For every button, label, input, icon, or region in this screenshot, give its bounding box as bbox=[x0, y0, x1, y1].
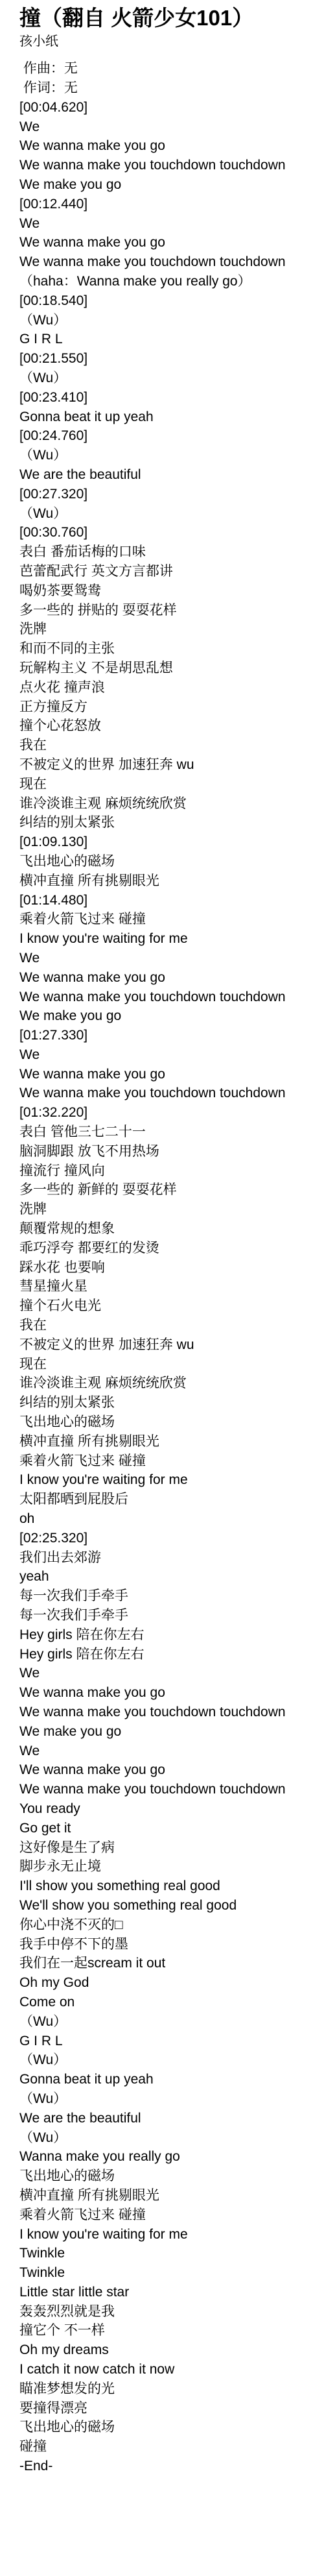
lyric-line: [00:18.540] bbox=[19, 291, 311, 311]
lyric-line: 彗星撞火星 bbox=[19, 1277, 311, 1296]
lyric-line: Twinkle bbox=[19, 2263, 311, 2283]
lyric-line: （Wu） bbox=[19, 504, 311, 524]
lyric-line: 不被定义的世界 加速狂奔 wu bbox=[19, 1335, 311, 1355]
lyric-line: yeah bbox=[19, 1567, 311, 1586]
lyric-line: 谁冷淡谁主观 麻烦统统欣赏 bbox=[19, 794, 311, 814]
lyric-line: We wanna make you touchdown touchdown bbox=[19, 156, 311, 175]
lyric-line: （haha：Wanna make you really go） bbox=[19, 272, 311, 291]
lyric-line: We bbox=[19, 1742, 311, 1761]
lyric-line: 撞流行 撞风向 bbox=[19, 1161, 311, 1181]
lyric-line: [00:23.410] bbox=[19, 388, 311, 407]
lyric-line: （Wu） bbox=[19, 446, 311, 465]
lyric-line: We wanna make you touchdown touchdown bbox=[19, 252, 311, 272]
lyric-line: 每一次我们手牵手 bbox=[19, 1606, 311, 1625]
lyric-line: 你心中浇不灭的□ bbox=[19, 1915, 311, 1935]
lyric-line: 纠结的别太紧张 bbox=[19, 1393, 311, 1413]
lyric-line: 和而不同的主张 bbox=[19, 639, 311, 659]
lyric-line: 飞出地心的磁场 bbox=[19, 2418, 311, 2437]
lyric-line: 点火花 撞声浪 bbox=[19, 678, 311, 698]
lyric-line: We'll show you something real good bbox=[19, 1896, 311, 1915]
lyric-line: 撞它个 不一样 bbox=[19, 2321, 311, 2340]
lyric-line: 我手中停不下的墨 bbox=[19, 1935, 311, 1954]
lyric-line: 芭蕾配武行 英文方言都讲 bbox=[19, 562, 311, 581]
lyric-line: 脚步永无止境 bbox=[19, 1857, 311, 1877]
lyric-line: 不被定义的世界 加速狂奔 wu bbox=[19, 755, 311, 775]
lyric-line: 碰撞 bbox=[19, 2437, 311, 2457]
lyric-line: We are the beautiful bbox=[19, 465, 311, 485]
page-title: 撞（翻自 火箭少女101） bbox=[19, 5, 311, 31]
lyric-line: oh bbox=[19, 1509, 311, 1529]
lyric-line: 太阳都晒到屁股后 bbox=[19, 1490, 311, 1509]
lyric-line: [00:04.620] bbox=[19, 98, 311, 117]
lyric-line: 撞个石火电光 bbox=[19, 1296, 311, 1316]
lyric-line: （Wu） bbox=[19, 369, 311, 388]
lyric-line: I catch it now catch it now bbox=[19, 2360, 311, 2379]
lyric-line: 横冲直撞 所有挑剔眼光 bbox=[19, 1432, 311, 1452]
lyric-line: We wanna make you go bbox=[19, 1760, 311, 1780]
lyric-line: [00:21.550] bbox=[19, 349, 311, 369]
lyric-line: [02:25.320] bbox=[19, 1529, 311, 1548]
lyric-line: We bbox=[19, 949, 311, 968]
lyrics-container: 作曲：无 作词：无[00:04.620]WeWe wanna make you … bbox=[19, 59, 311, 2476]
lyric-line: G I R L bbox=[19, 330, 311, 349]
lyric-line: 正方撞反方 bbox=[19, 698, 311, 717]
lyric-line: 轰轰烈烈就是我 bbox=[19, 2302, 311, 2322]
lyric-line: We wanna make you go bbox=[19, 233, 311, 252]
lyric-line: We bbox=[19, 1664, 311, 1683]
lyric-line: 乘着火箭飞过来 碰撞 bbox=[19, 1452, 311, 1471]
lyric-line: Go get it bbox=[19, 1819, 311, 1838]
lyric-line: 乘着火箭飞过来 碰撞 bbox=[19, 2205, 311, 2225]
lyric-line: （Wu） bbox=[19, 2128, 311, 2148]
lyric-line: 作词：无 bbox=[19, 79, 311, 98]
lyric-line: 乘着火箭飞过来 碰撞 bbox=[19, 910, 311, 929]
lyric-line: 飞出地心的磁场 bbox=[19, 852, 311, 871]
lyric-line: Twinkle bbox=[19, 2244, 311, 2263]
lyric-line: You ready bbox=[19, 1799, 311, 1819]
lyric-line: I know you're waiting for me bbox=[19, 1470, 311, 1490]
lyric-line: 飞出地心的磁场 bbox=[19, 2167, 311, 2186]
lyric-line: We wanna make you touchdown touchdown bbox=[19, 988, 311, 1007]
lyric-line: We wanna make you touchdown touchdown bbox=[19, 1703, 311, 1722]
lyric-line: 谁冷淡谁主观 麻烦统统欣赏 bbox=[19, 1374, 311, 1393]
lyric-line: 踩水花 也要响 bbox=[19, 1258, 311, 1278]
lyric-line: 撞个心花怒放 bbox=[19, 716, 311, 736]
lyric-line: We bbox=[19, 1045, 311, 1065]
lyric-line: 多一些的 新鲜的 耍耍花样 bbox=[19, 1180, 311, 1200]
lyric-line: I know you're waiting for me bbox=[19, 2225, 311, 2244]
lyric-line: [01:09.130] bbox=[19, 832, 311, 852]
lyric-line: 表白 番茄话梅的口味 bbox=[19, 542, 311, 562]
lyric-line: Wanna make you really go bbox=[19, 2147, 311, 2167]
lyric-line: 脑洞脚跟 放飞不用热场 bbox=[19, 1142, 311, 1161]
lyric-line: We wanna make you go bbox=[19, 968, 311, 988]
lyric-line: We bbox=[19, 214, 311, 234]
lyric-line: We are the beautiful bbox=[19, 2109, 311, 2128]
lyric-line: （Wu） bbox=[19, 2089, 311, 2109]
lyric-line: 颠覆常规的想象 bbox=[19, 1219, 311, 1239]
lyric-line: [00:24.760] bbox=[19, 426, 311, 446]
lyric-line: 玩解构主义 不是胡思乱想 bbox=[19, 659, 311, 678]
lyric-line: Oh my God bbox=[19, 1973, 311, 1993]
lyric-line: （Wu） bbox=[19, 2012, 311, 2032]
lyric-line: 横冲直撞 所有挑剔眼光 bbox=[19, 871, 311, 891]
lyric-line: Hey girls 陪在你左右 bbox=[19, 1625, 311, 1645]
lyric-line: 纠结的别太紧张 bbox=[19, 813, 311, 832]
lyric-line: Gonna beat it up yeah bbox=[19, 2070, 311, 2089]
lyric-line: 要撞得漂亮 bbox=[19, 2399, 311, 2418]
lyric-line: [01:27.330] bbox=[19, 1026, 311, 1045]
lyric-line: 每一次我们手牵手 bbox=[19, 1586, 311, 1606]
artist-name: 孩小纸 bbox=[19, 33, 311, 50]
lyric-line: 这好像是生了病 bbox=[19, 1838, 311, 1858]
lyric-line: Little star little star bbox=[19, 2283, 311, 2302]
lyric-line: G I R L bbox=[19, 2032, 311, 2051]
lyric-line: -End- bbox=[19, 2457, 311, 2476]
lyric-line: 我们在一起scream it out bbox=[19, 1954, 311, 1973]
lyric-line: We make you go bbox=[19, 1006, 311, 1026]
lyric-line: [00:27.320] bbox=[19, 485, 311, 504]
lyric-line: We wanna make you touchdown touchdown bbox=[19, 1780, 311, 1799]
lyric-line: [00:30.760] bbox=[19, 523, 311, 542]
lyric-line: 乖巧浮夸 都要红的发烫 bbox=[19, 1239, 311, 1258]
lyric-line: Hey girls 陪在你左右 bbox=[19, 1645, 311, 1664]
lyric-line: 表白 管他三七二十一 bbox=[19, 1123, 311, 1142]
lyric-line: （Wu） bbox=[19, 2050, 311, 2070]
lyric-line: 我在 bbox=[19, 736, 311, 755]
lyric-line: 飞出地心的磁场 bbox=[19, 1413, 311, 1432]
lyric-line: 我们出去郊游 bbox=[19, 1548, 311, 1568]
lyric-line: 喝奶茶要鸳鸯 bbox=[19, 581, 311, 601]
lyric-line: [00:12.440] bbox=[19, 195, 311, 214]
lyric-line: [01:14.480] bbox=[19, 891, 311, 910]
lyric-line: 洗牌 bbox=[19, 1200, 311, 1219]
lyric-line: （Wu） bbox=[19, 311, 311, 330]
lyric-line: We wanna make you go bbox=[19, 1683, 311, 1703]
lyric-line: 多一些的 拼贴的 耍耍花样 bbox=[19, 601, 311, 620]
lyric-line: We bbox=[19, 117, 311, 137]
lyric-line: We wanna make you touchdown touchdown bbox=[19, 1084, 311, 1103]
lyric-line: Come on bbox=[19, 1993, 311, 2012]
lyric-line: Gonna beat it up yeah bbox=[19, 407, 311, 427]
lyric-line: 瞄准梦想发的光 bbox=[19, 2379, 311, 2399]
lyric-line: I know you're waiting for me bbox=[19, 929, 311, 949]
lyric-line: I'll show you something real good bbox=[19, 1877, 311, 1896]
lyric-line: 作曲：无 bbox=[19, 59, 311, 79]
lyric-line: 我在 bbox=[19, 1316, 311, 1335]
lyric-line: We make you go bbox=[19, 1722, 311, 1742]
lyric-line: 现在 bbox=[19, 775, 311, 794]
lyric-line: Oh my dreams bbox=[19, 2340, 311, 2360]
lyric-line: [01:32.220] bbox=[19, 1103, 311, 1123]
lyric-line: 洗牌 bbox=[19, 620, 311, 639]
lyric-line: We make you go bbox=[19, 175, 311, 195]
lyric-line: We wanna make you go bbox=[19, 136, 311, 156]
lyric-line: 横冲直撞 所有挑剔眼光 bbox=[19, 2186, 311, 2205]
lyric-line: We wanna make you go bbox=[19, 1065, 311, 1084]
lyric-line: 现在 bbox=[19, 1355, 311, 1374]
